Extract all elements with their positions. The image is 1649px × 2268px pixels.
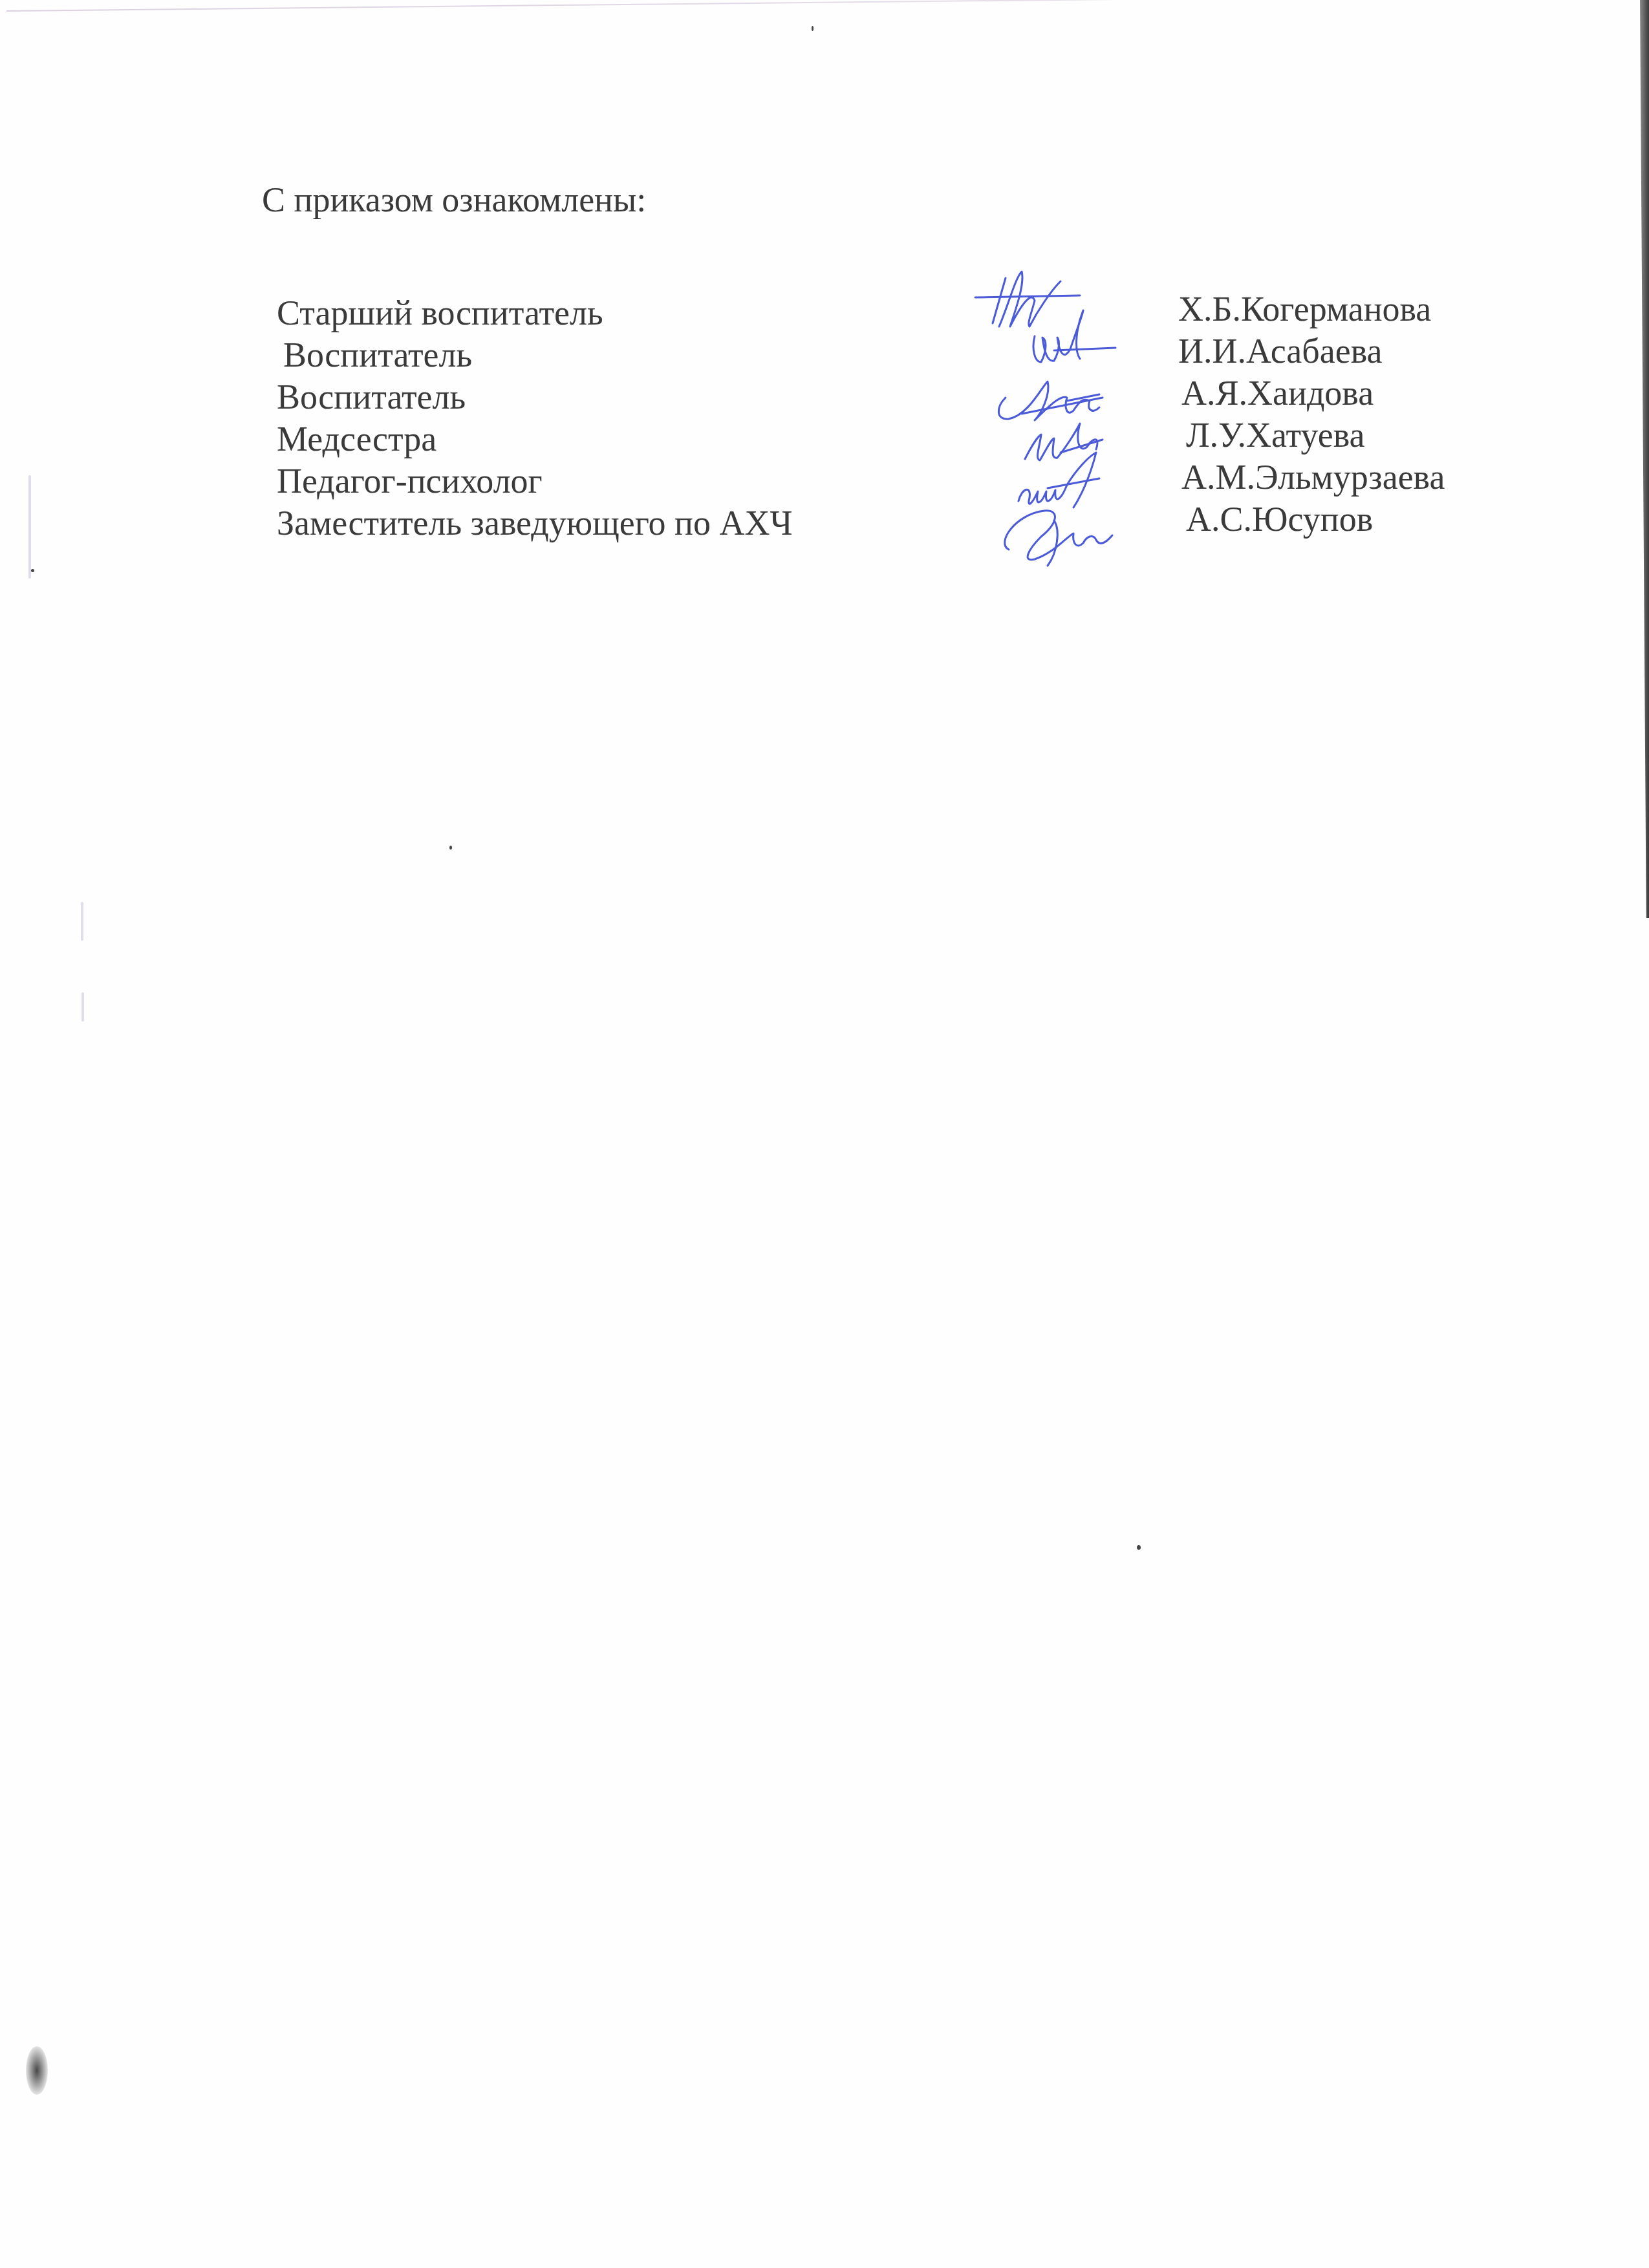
signature-5 [1018, 453, 1099, 508]
signature-3 [998, 381, 1103, 420]
signature-4 [1025, 423, 1103, 460]
role-label: Воспитатель [277, 376, 793, 418]
scan-speck [31, 569, 34, 572]
signatory-name: Л.У.Хатуева [1178, 414, 1445, 456]
scan-speck [449, 846, 452, 850]
role-label: Педагог-психолог [277, 460, 793, 502]
scan-smudge [28, 475, 31, 579]
roles-column: Старший воспитатель Воспитатель Воспитат… [277, 292, 793, 544]
signatory-name: А.Я.Хаидова [1178, 372, 1445, 414]
scan-speck [1137, 1545, 1141, 1550]
role-label: Воспитатель [277, 334, 793, 376]
signatory-name: А.М.Эльмурзаева [1178, 456, 1445, 498]
scan-speck [812, 26, 814, 31]
scan-edge-line [6, 0, 1636, 12]
signature-6 [1005, 511, 1112, 566]
signatory-name: Х.Б.Когерманова [1178, 288, 1445, 330]
scan-ink-blot [26, 2046, 48, 2095]
role-label: Заместитель заведующего по АХЧ [277, 502, 793, 544]
scan-smudge [81, 902, 83, 941]
role-label: Медсестра [277, 418, 793, 460]
signatures-block [970, 265, 1177, 569]
signature-1 [975, 272, 1080, 326]
signatory-name: И.И.Асабаева [1178, 330, 1445, 372]
names-column: Х.Б.Когерманова И.И.Асабаева А.Я.Хаидова… [1178, 288, 1445, 540]
signatory-name: А.С.Юсупов [1178, 498, 1445, 540]
scan-shadow-edge [1640, 0, 1649, 918]
role-label: Старший воспитатель [277, 292, 793, 334]
acknowledgement-heading: С приказом ознакомлены: [262, 182, 646, 217]
signature-2 [1033, 310, 1115, 362]
scan-smudge [81, 992, 84, 1022]
scanned-document-page: С приказом ознакомлены: Старший воспитат… [0, 0, 1649, 2268]
